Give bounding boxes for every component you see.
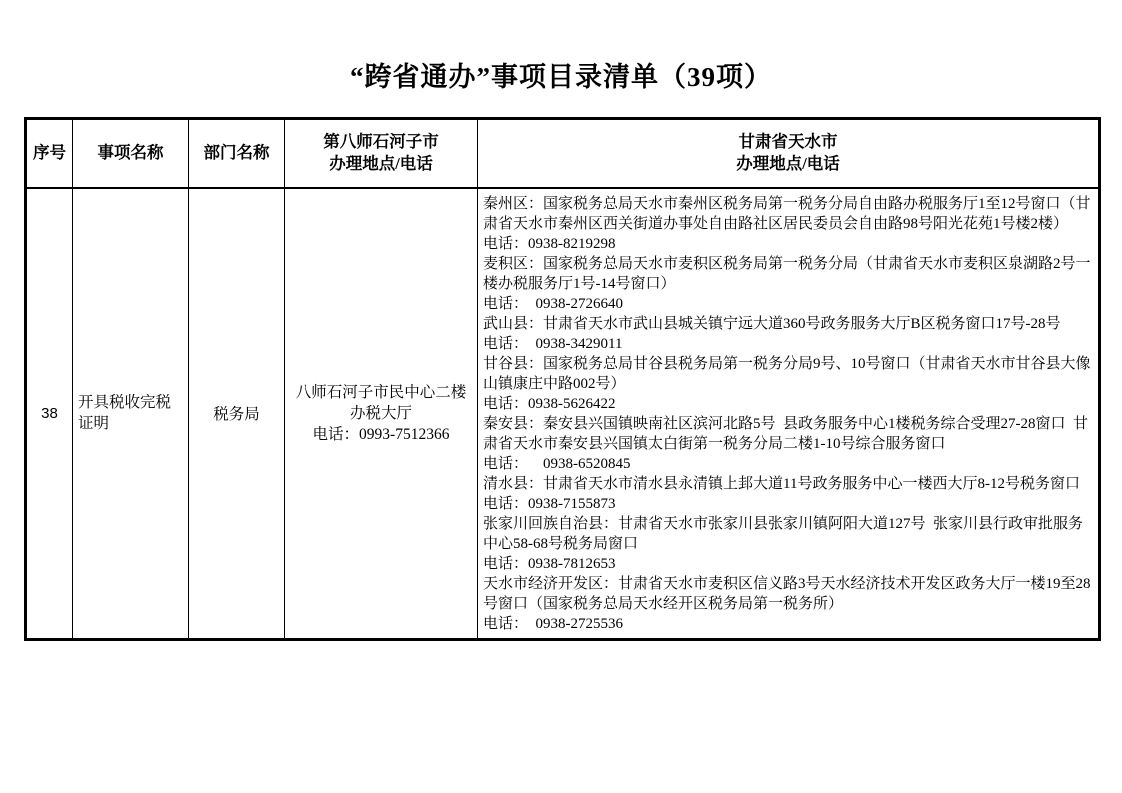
tianshui-address: 天水市经济开发区：甘肃省天水市麦积区信义路3号天水经济技术开发区政务大厅一楼19… [483, 574, 1094, 614]
header-item-name: 事项名称 [73, 119, 189, 188]
tianshui-entry: 秦州区：国家税务总局天水市秦州区税务局第一税务分局自由路办税服务厅1至12号窗口… [483, 194, 1094, 254]
shihezi-address: 八师石河子市民中心二楼办税大厅 [289, 382, 473, 424]
tianshui-address: 麦积区：国家税务总局天水市麦积区税务局第一税务分局（甘肃省天水市麦积区泉湖路2号… [483, 254, 1094, 294]
tianshui-address: 清水县：甘肃省天水市清水县永清镇上邽大道11号政务服务中心一楼西大厅8-12号税… [483, 474, 1094, 494]
header-row: 序号 事项名称 部门名称 第八师石河子市 办理地点/电话 甘肃省天水市 办理地点… [26, 119, 1100, 188]
tianshui-entry: 武山县：甘肃省天水市武山县城关镇宁远大道360号政务服务大厅B区税务窗口17号-… [483, 314, 1094, 354]
tianshui-address: 甘谷县：国家税务总局甘谷县税务局第一税务分局9号、10号窗口（甘肃省天水市甘谷县… [483, 354, 1094, 394]
tianshui-address: 张家川回族自治县：甘肃省天水市张家川县张家川镇阿阳大道127号 张家川县行政审批… [483, 514, 1094, 554]
tianshui-address: 秦安县：秦安县兴国镇映南社区滨河北路5号 县政务服务中心1楼税务综合受理27-2… [483, 414, 1094, 454]
tianshui-phone: 电话：0938-5626422 [483, 394, 1094, 414]
tianshui-entry: 张家川回族自治县：甘肃省天水市张家川县张家川镇阿阳大道127号 张家川县行政审批… [483, 514, 1094, 574]
tianshui-address: 秦州区：国家税务总局天水市秦州区税务局第一税务分局自由路办税服务厅1至12号窗口… [483, 194, 1094, 234]
tianshui-phone: 电话： 0938-6520845 [483, 454, 1094, 474]
table-row: 38 开具税收完税证明 税务局 八师石河子市民中心二楼办税大厅 电话：0993-… [26, 188, 1100, 640]
tianshui-phone: 电话： 0938-2726640 [483, 294, 1094, 314]
tianshui-entry: 麦积区：国家税务总局天水市麦积区税务局第一税务分局（甘肃省天水市麦积区泉湖路2号… [483, 254, 1094, 314]
cell-serial-number: 38 [26, 188, 73, 640]
tianshui-phone: 电话：0938-7155873 [483, 494, 1094, 514]
cell-department: 税务局 [189, 188, 285, 640]
cell-item-name: 开具税收完税证明 [73, 188, 189, 640]
catalog-table: 序号 事项名称 部门名称 第八师石河子市 办理地点/电话 甘肃省天水市 办理地点… [24, 117, 1101, 641]
cell-tianshui-contact: 秦州区：国家税务总局天水市秦州区税务局第一税务分局自由路办税服务厅1至12号窗口… [478, 188, 1100, 640]
document-page: “跨省通办”事项目录清单（39项） 序号 事项名称 部门名称 第八师石河子市 办… [0, 0, 1122, 793]
shihezi-phone: 电话：0993-7512366 [289, 424, 473, 445]
header-shihezi-location-phone: 第八师石河子市 办理地点/电话 [285, 119, 478, 188]
tianshui-phone: 电话： 0938-2725536 [483, 614, 1094, 634]
header-tianshui-location-phone: 甘肃省天水市 办理地点/电话 [478, 119, 1100, 188]
header-department-name: 部门名称 [189, 119, 285, 188]
tianshui-entry: 甘谷县：国家税务总局甘谷县税务局第一税务分局9号、10号窗口（甘肃省天水市甘谷县… [483, 354, 1094, 414]
header-serial-number: 序号 [26, 119, 73, 188]
tianshui-entry: 天水市经济开发区：甘肃省天水市麦积区信义路3号天水经济技术开发区政务大厅一楼19… [483, 574, 1094, 634]
tianshui-address: 武山县：甘肃省天水市武山县城关镇宁远大道360号政务服务大厅B区税务窗口17号-… [483, 314, 1094, 334]
cell-shihezi-contact: 八师石河子市民中心二楼办税大厅 电话：0993-7512366 [285, 188, 478, 640]
tianshui-phone: 电话： 0938-3429011 [483, 334, 1094, 354]
tianshui-phone: 电话：0938-7812653 [483, 554, 1094, 574]
tianshui-phone: 电话：0938-8219298 [483, 234, 1094, 254]
tianshui-entry: 清水县：甘肃省天水市清水县永清镇上邽大道11号政务服务中心一楼西大厅8-12号税… [483, 474, 1094, 514]
page-title: “跨省通办”事项目录清单（39项） [0, 55, 1122, 94]
tianshui-entry: 秦安县：秦安县兴国镇映南社区滨河北路5号 县政务服务中心1楼税务综合受理27-2… [483, 414, 1094, 474]
